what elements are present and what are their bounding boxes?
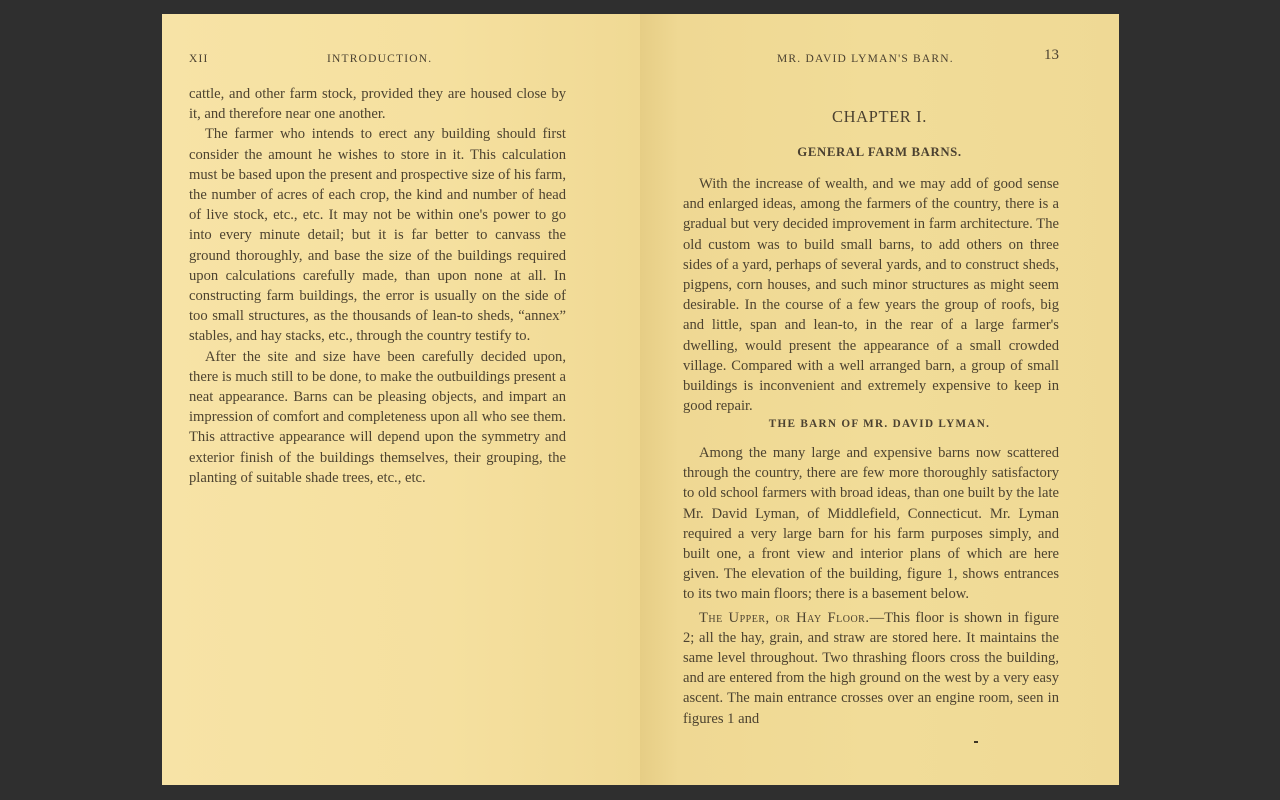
paragraph: After the site and size have been carefu…	[189, 347, 566, 488]
section-title: GENERAL FARM BARNS.	[640, 145, 1119, 160]
left-running-head: INTRODUCTION.	[327, 53, 432, 65]
paragraph: With the increase of wealth, and we may …	[683, 174, 1059, 416]
left-folio: XII	[189, 53, 209, 65]
book-spread: XII INTRODUCTION. cattle, and other farm…	[162, 14, 1119, 785]
paragraph: The Upper, or Hay Floor.—This floor is s…	[683, 608, 1059, 729]
right-page: MR. DAVID LYMAN'S BARN. 13 CHAPTER I. GE…	[640, 14, 1119, 785]
right-running-head: MR. DAVID LYMAN'S BARN.	[777, 53, 954, 65]
subsection-body-text: Among the many large and expensive barns…	[683, 443, 1059, 729]
subsection-title: THE BARN OF MR. DAVID LYMAN.	[640, 418, 1119, 430]
section-body-text: With the increase of wealth, and we may …	[683, 174, 1059, 416]
chapter-title: CHAPTER I.	[640, 107, 1119, 127]
paragraph: The farmer who intends to erect any buil…	[189, 124, 566, 346]
hay-floor-heading: The Upper, or Hay Floor.	[699, 610, 870, 626]
hay-floor-text: —This floor is shown in figure 2; all th…	[683, 610, 1059, 727]
left-page: XII INTRODUCTION. cattle, and other farm…	[162, 14, 640, 785]
left-body-text: cattle, and other farm stock, provided t…	[189, 84, 566, 488]
paragraph: Among the many large and expensive barns…	[683, 443, 1059, 605]
right-folio: 13	[1044, 47, 1059, 64]
paragraph: cattle, and other farm stock, provided t…	[189, 84, 566, 124]
print-speck	[974, 741, 978, 743]
